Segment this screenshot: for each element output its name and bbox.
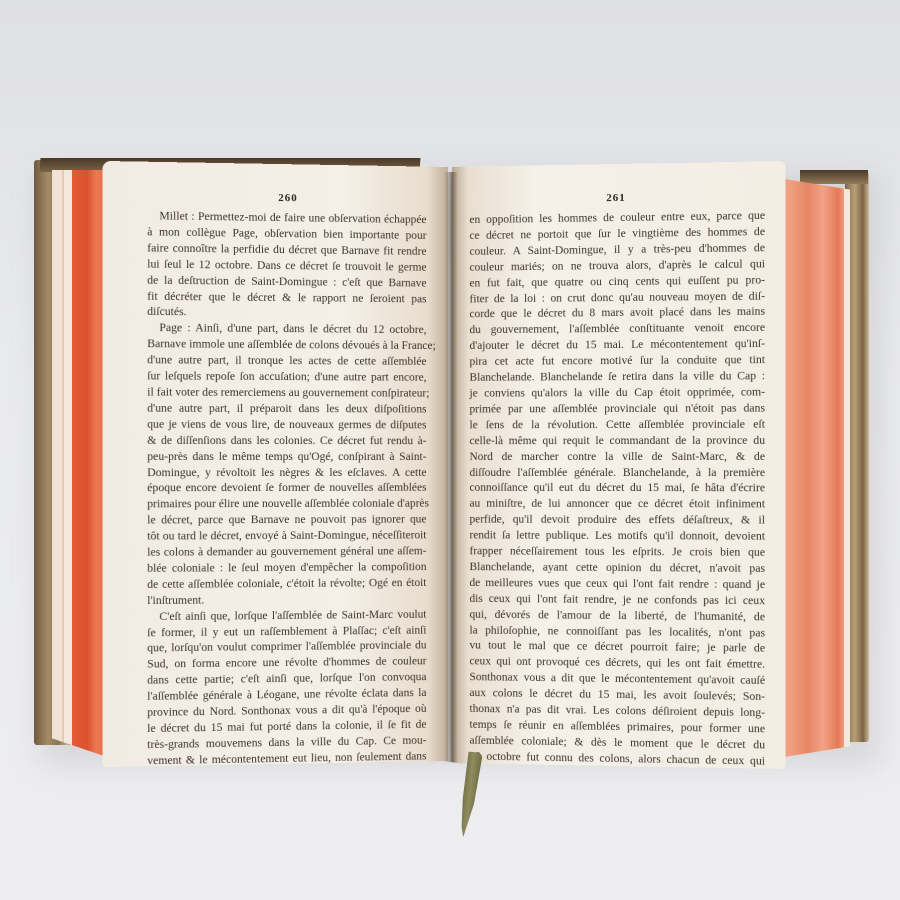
left-page-text: Millet : Permettez-moi de faire une obſe… [147, 208, 426, 767]
text-line: perfide, qu'il devoit produire des effet… [469, 512, 765, 529]
text-line: pira cet acte fut encore motivé ſur la c… [469, 352, 765, 370]
text-line: je conviens qu'alors la ville du Cap éto… [469, 384, 765, 401]
text-line: Domingue, y révoltoit les nègres & les e… [147, 464, 426, 480]
text-line: que je viens de vous lire, de nouveaux g… [147, 416, 426, 433]
text-line: de meilleures vues que ceux qui l'ont fa… [469, 575, 765, 593]
text-line: rendit ſa lettre publique. Les motifs qu… [469, 528, 765, 545]
text-line: au miniſtre, de lui annoncer que ce décr… [469, 496, 765, 513]
text-line: Blanchelande, ayant cette opinion du déc… [469, 559, 765, 577]
page-number: 261 [469, 190, 765, 207]
left-page[interactable]: 260 Millet : Permettez-moi de faire une … [102, 161, 448, 767]
text-line: le décret, parce que Barnave ne pouvoit … [147, 512, 426, 529]
text-line: diſſoudre l'aſſemblée générale. Blanchel… [469, 464, 765, 480]
text-line: Nord de marcher contre la ville de Saint… [469, 448, 765, 464]
text-line: primée par une aſſemblée provinciale qui… [469, 400, 765, 417]
text-line: frapper néceſſairement tous les eſprits.… [469, 543, 765, 560]
text-line: primaires pour élire une nouvelle aſſemb… [147, 496, 426, 513]
right-red-page-edges [778, 178, 850, 758]
text-line: Barnave immole une aſſemblée de colons d… [147, 336, 426, 354]
text-line: d'ajouter le décret du 15 mai. Le mécont… [469, 336, 765, 354]
text-line: époque encore devoient ſe former de nouv… [147, 480, 426, 496]
right-page-text: en oppoſition les hommes de couleur entr… [469, 208, 765, 769]
book-gutter [444, 172, 458, 762]
text-line: connoiſſance qu'il eut du décret du 15 m… [469, 480, 765, 496]
page-number: 260 [147, 190, 426, 206]
text-line: d'une autre part, il préparoit dans les … [147, 400, 426, 417]
text-line: d'une autre part, il tronque les actes d… [147, 352, 426, 370]
text-line: il fait voter des remerciemens au gouver… [147, 384, 426, 401]
text-line: blée coloniale : le ſeul moyen d'empêche… [147, 559, 426, 577]
text-line: de cette aſſemblée coloniale, c'étoit la… [147, 575, 426, 593]
text-line: ſur leſquels repoſe ſon accuſation; d'un… [147, 368, 426, 385]
text-line: Blanchelande. Blanchelande ſe retira dan… [469, 368, 765, 385]
text-line: & de diſſenſions dans les colonies. Ce d… [147, 432, 426, 448]
text-line: celle-là même qui requit le commandant d… [469, 432, 765, 448]
text-line: fit décréter que le décret & le rapport … [147, 288, 426, 307]
right-page[interactable]: 261 en oppoſition les hommes de couleur … [452, 161, 786, 769]
top-cover-edge-right [800, 170, 868, 184]
text-line: le ſens de la révolution. Cette aſſemblé… [469, 416, 765, 433]
text-line: les colons à demander au gouvernement gé… [147, 543, 426, 560]
text-line: peu-près dans le même temps qu'Ogé, conſ… [147, 448, 426, 464]
text-line: tôt ou tard le décret, envoyé à Saint-Do… [147, 528, 426, 545]
